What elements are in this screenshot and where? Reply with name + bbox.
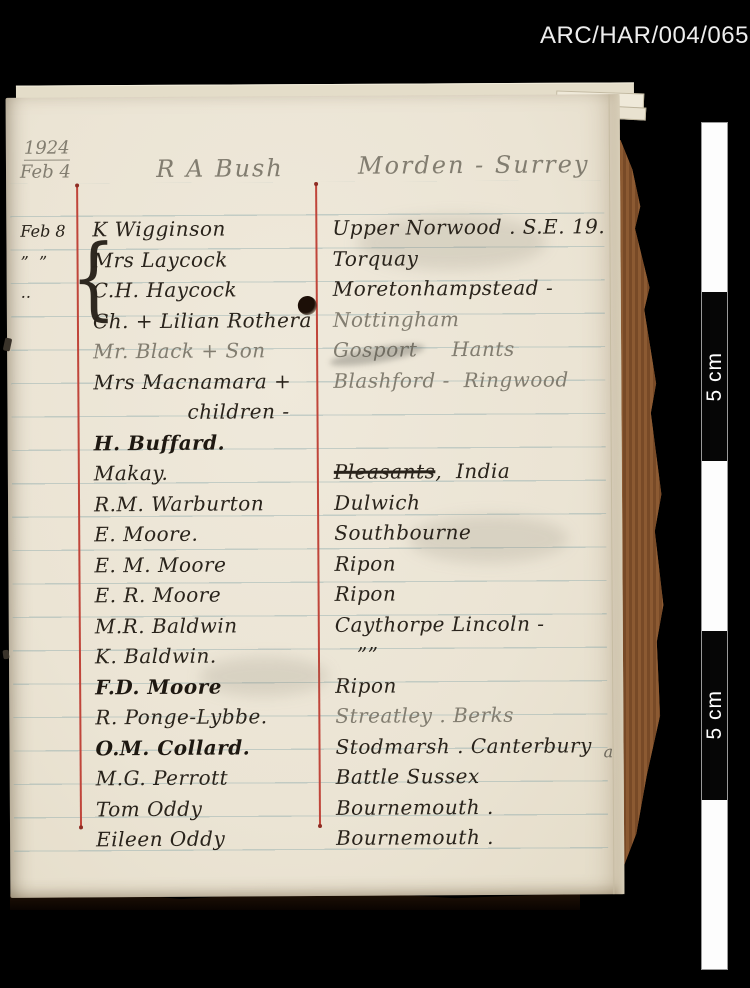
entry-place: Bournemouth . xyxy=(322,794,624,820)
entry-name: children - xyxy=(69,399,319,425)
entry-name: M.R. Baldwin xyxy=(71,612,321,638)
entry-place: Streatley . Berks xyxy=(321,702,623,728)
scale-bar: 5 cm 5 cm xyxy=(701,122,728,970)
entry-place: Bournemouth . xyxy=(322,824,624,850)
entry-place-text: Upper Norwood . S.E. 19. xyxy=(332,214,605,240)
entry-name: R. Ponge-Lybbe. xyxy=(71,704,321,730)
entry-place-text: , India xyxy=(435,459,510,483)
entry-name: E. Moore. xyxy=(70,521,320,547)
entry-name: E. R. Moore xyxy=(71,582,321,608)
entry-name: Mrs Macnamara + xyxy=(69,368,319,394)
entry-row: Mr. Black + Son Gosport Hants xyxy=(7,336,621,370)
entry-row: Makay. Pleasants, India xyxy=(8,458,622,492)
entry-row: Feb 8 K Wigginson Upper Norwood . S.E. 1… xyxy=(6,214,620,248)
entry-place-text: Caythorpe Lincoln - xyxy=(335,611,545,636)
entry-row: Tom Oddy Bournemouth . xyxy=(10,794,624,828)
year-note: 1924 xyxy=(24,137,70,160)
entry-place-text: Bournemouth . xyxy=(336,794,494,819)
entry-place: Ripon xyxy=(321,672,623,698)
entry-place: Battle Sussex xyxy=(322,763,624,789)
scale-label: 5 cm xyxy=(703,352,727,402)
entry-name: Mrs Laycock xyxy=(68,246,318,272)
entry-place: Moretonhampstead - xyxy=(319,275,621,301)
entry-name: Mr. Black + Son xyxy=(69,338,319,364)
entry-name: K. Baldwin. xyxy=(71,643,321,669)
entry-date-margin: Feb 8 xyxy=(6,222,68,241)
entry-name: Eileen Oddy xyxy=(72,826,322,852)
entry-place-text: Battle Sussex xyxy=(336,764,480,789)
entry-place-text: Dulwich xyxy=(334,490,421,515)
entry-row: R.M. Warburton Dulwich xyxy=(8,489,622,523)
entry-place: Upper Norwood . S.E. 19. xyxy=(318,214,620,240)
struck-out-word: Pleasants xyxy=(334,459,436,484)
entry-row: ” ” Mrs Laycock Torquay xyxy=(6,245,620,279)
entry-place: Caythorpe Lincoln - xyxy=(321,611,623,637)
entry-place-text: Ripon xyxy=(335,582,397,606)
entry-row: children - xyxy=(7,397,621,431)
entry-place: Stodmarsh . Canterbury xyxy=(321,733,623,759)
scale-segment: 5 cm xyxy=(702,292,727,461)
date-note: Feb 4 xyxy=(20,161,71,182)
entry-place-text: ”” xyxy=(357,643,379,667)
entry-place-text: Southbourne xyxy=(334,520,471,545)
entry-name: K Wigginson xyxy=(68,216,318,242)
scale-segment xyxy=(702,461,727,630)
entry-place-text: Ripon xyxy=(334,551,396,575)
entry-place: Dulwich xyxy=(320,489,622,515)
entry-row: M.R. Baldwin Caythorpe Lincoln - xyxy=(9,611,623,645)
entry-place: Southbourne xyxy=(320,519,622,545)
entry-name: H. Buffard. xyxy=(70,429,320,455)
entry-row: E. R. Moore Ripon xyxy=(9,580,623,614)
archive-reference: ARC/HAR/004/065 xyxy=(540,22,740,50)
entry-place-text: Streatley . Berks xyxy=(335,703,514,728)
entry-place xyxy=(320,447,622,449)
entry-place: Nottingham xyxy=(319,306,621,332)
ink-blot xyxy=(298,296,317,315)
entry-place: Ripon xyxy=(320,550,622,576)
entry-place-text: Blashford - Ringwood xyxy=(333,367,569,392)
entry-place-text: Bournemouth . xyxy=(336,825,494,850)
entry-place: Pleasants, India xyxy=(320,458,622,484)
entry-place: ”” xyxy=(321,641,623,667)
visitor-book-page: 1924 Feb 4 R A Bush Morden - Surrey { Fe… xyxy=(6,94,625,898)
entry-name: Ch. + Lilian Rothera xyxy=(69,307,319,333)
entry-place-text: Torquay xyxy=(332,246,418,271)
entry-place-text: Moretonhampstead - xyxy=(333,276,554,301)
entry-name: M.G. Perrott xyxy=(72,765,322,791)
entry-row: E. Moore. Southbourne xyxy=(8,519,622,553)
entry-row: R. Ponge-Lybbe. Streatley . Berks xyxy=(9,702,623,736)
entry-name: C.H. Haycock xyxy=(69,277,319,303)
entry-row: E. M. Moore Ripon xyxy=(8,550,622,584)
pencil-annotation: a xyxy=(604,742,614,761)
entry-row: M.G. Perrott Battle Sussex xyxy=(10,763,624,797)
entry-place-text: Ripon xyxy=(335,673,397,697)
entry-date-margin: ” ” xyxy=(7,252,69,271)
scale-segment xyxy=(702,800,727,969)
edge-ink-mark xyxy=(2,650,9,660)
entry-name: Makay. xyxy=(70,460,320,486)
entry-name: O.M. Collard. xyxy=(71,734,321,760)
entry-row: F.D. Moore Ripon xyxy=(9,672,623,706)
entry-name: Tom Oddy xyxy=(72,795,322,821)
entry-row: Eileen Oddy Bournemouth . xyxy=(10,824,624,858)
entry-place: Blashford - Ringwood xyxy=(319,367,621,393)
entry-place xyxy=(320,416,622,418)
entry-place: Ripon xyxy=(321,580,623,606)
entry-name: R.M. Warburton xyxy=(70,490,320,516)
scale-label: 5 cm xyxy=(703,690,727,740)
entry-row: K. Baldwin. ”” xyxy=(9,641,623,675)
entry-row: H. Buffard. xyxy=(8,428,622,462)
scale-segment: 5 cm xyxy=(702,631,727,800)
entry-row: O.M. Collard. Stodmarsh . Canterbury xyxy=(9,733,623,767)
entry-place-text: Stodmarsh . Canterbury xyxy=(335,733,591,759)
entry-place-text: Nottingham xyxy=(333,307,460,332)
photograph-stage: ARC/HAR/004/065 5 cm 5 cm 1924 Feb 4 R A… xyxy=(0,0,750,988)
entry-row: Mrs Macnamara + Blashford - Ringwood xyxy=(7,367,621,401)
entry-date-margin: .. xyxy=(7,283,69,302)
entry-name: F.D. Moore xyxy=(71,673,321,699)
header-visitor-name: R A Bush xyxy=(102,154,338,183)
entry-place: Torquay xyxy=(318,245,620,271)
header-place: Morden - Surrey xyxy=(358,150,608,180)
scale-segment xyxy=(702,123,727,292)
entry-name: E. M. Moore xyxy=(70,551,320,577)
